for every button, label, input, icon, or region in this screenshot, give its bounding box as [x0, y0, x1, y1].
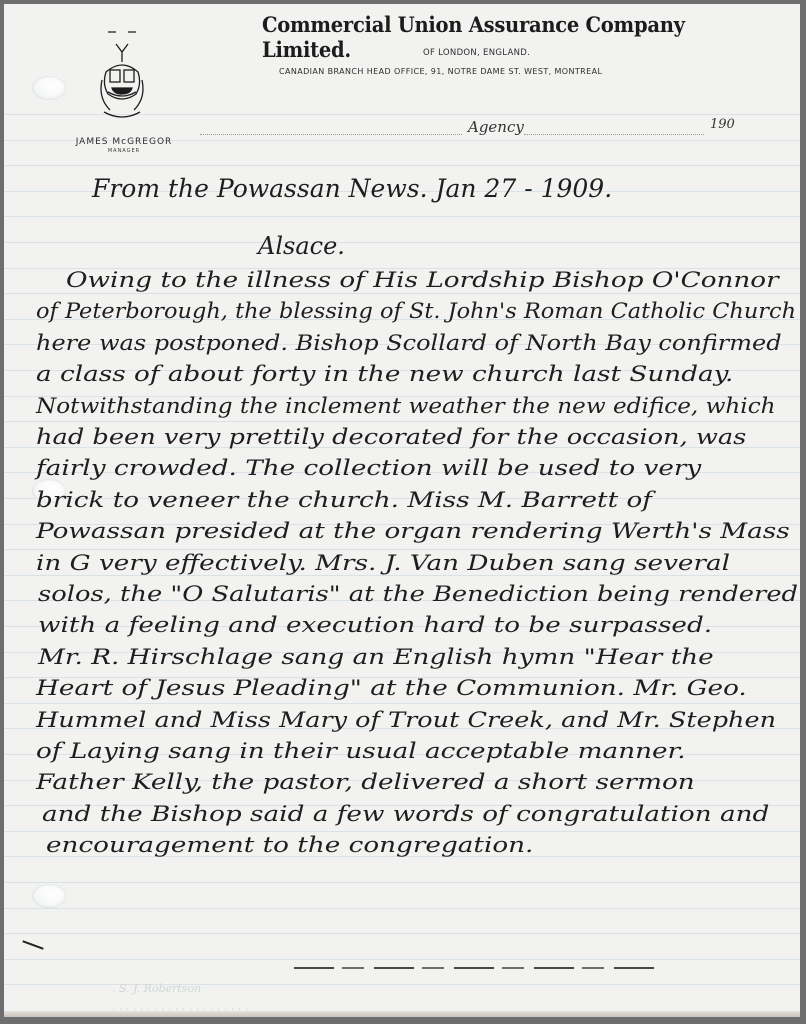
- ruled-line: [4, 242, 800, 243]
- agency-label: Agency: [468, 118, 524, 136]
- letter-line: fairly crowded. The collection will be u…: [36, 456, 701, 480]
- paper-edge: [4, 1011, 800, 1017]
- letter-page: JAMES McGREGOR MANAGER Commercial Union …: [4, 4, 800, 1017]
- letter-line: had been very prettily decorated for the…: [36, 425, 746, 449]
- letter-place: Alsace.: [258, 232, 345, 260]
- letter-line: encouragement to the congregation.: [46, 833, 533, 857]
- letter-line: Father Kelly, the pastor, delivered a sh…: [36, 770, 695, 794]
- coat-of-arms-icon: [90, 28, 154, 128]
- ruled-line: [4, 216, 800, 217]
- letter-line: of Laying sang in their usual acceptable…: [36, 739, 686, 763]
- letter-heading: From the Powassan News. Jan 27 - 1909.: [92, 174, 612, 203]
- punch-hole: [32, 884, 66, 908]
- ruled-line: [4, 165, 800, 166]
- letter-line: solos, the "O Salutaris" at the Benedict…: [38, 582, 798, 606]
- letter-line: in G very effectively. Mrs. J. Van Duben…: [36, 551, 730, 575]
- bleed-through-text: . S. J. Robertson: [112, 982, 201, 995]
- letter-line: here was postponed. Bishop Scollard of N…: [36, 331, 782, 355]
- manager-title: MANAGER: [60, 148, 188, 154]
- punch-hole: [32, 76, 66, 100]
- ruled-line: [4, 933, 800, 934]
- ruled-line: [4, 908, 800, 909]
- ruled-line: [4, 831, 800, 832]
- signature-line: [294, 967, 654, 969]
- ruled-line: [4, 293, 800, 294]
- ruled-line: [4, 549, 800, 550]
- margin-mark: [22, 940, 43, 949]
- agency-dotted-line: [200, 134, 462, 136]
- ruled-line: [4, 882, 800, 883]
- ruled-line: [4, 421, 800, 422]
- ruled-line: [4, 959, 800, 960]
- letter-line: a class of about forty in the new church…: [36, 362, 733, 386]
- letter-line: Mr. R. Hirschlage sang an English hymn "…: [38, 645, 714, 669]
- letter-line: Powassan presided at the organ rendering…: [36, 519, 790, 543]
- letter-line: and the Bishop said a few words of congr…: [42, 802, 769, 826]
- letter-line: Notwithstanding the inclement weather th…: [36, 394, 776, 418]
- company-address: CANADIAN BRANCH HEAD OFFICE, 91, NOTRE D…: [279, 67, 602, 76]
- letter-line: Hummel and Miss Mary of Trout Creek, and…: [36, 708, 776, 732]
- company-origin: OF LONDON, ENGLAND.: [423, 48, 530, 58]
- date-dotted-line: [524, 134, 704, 136]
- ruled-line: [4, 703, 800, 704]
- manager-name: JAMES McGREGOR: [60, 137, 188, 147]
- letter-line: Heart of Jesus Pleading" at the Communio…: [36, 676, 747, 700]
- letter-line: with a feeling and execution hard to be …: [38, 613, 712, 637]
- letter-line: brick to veneer the church. Miss M. Barr…: [36, 488, 652, 512]
- year-field: 190: [710, 117, 735, 132]
- letter-line: Owing to the illness of His Lordship Bis…: [66, 268, 779, 292]
- letter-line: of Peterborough, the blessing of St. Joh…: [36, 299, 796, 323]
- ruled-line: [4, 575, 800, 576]
